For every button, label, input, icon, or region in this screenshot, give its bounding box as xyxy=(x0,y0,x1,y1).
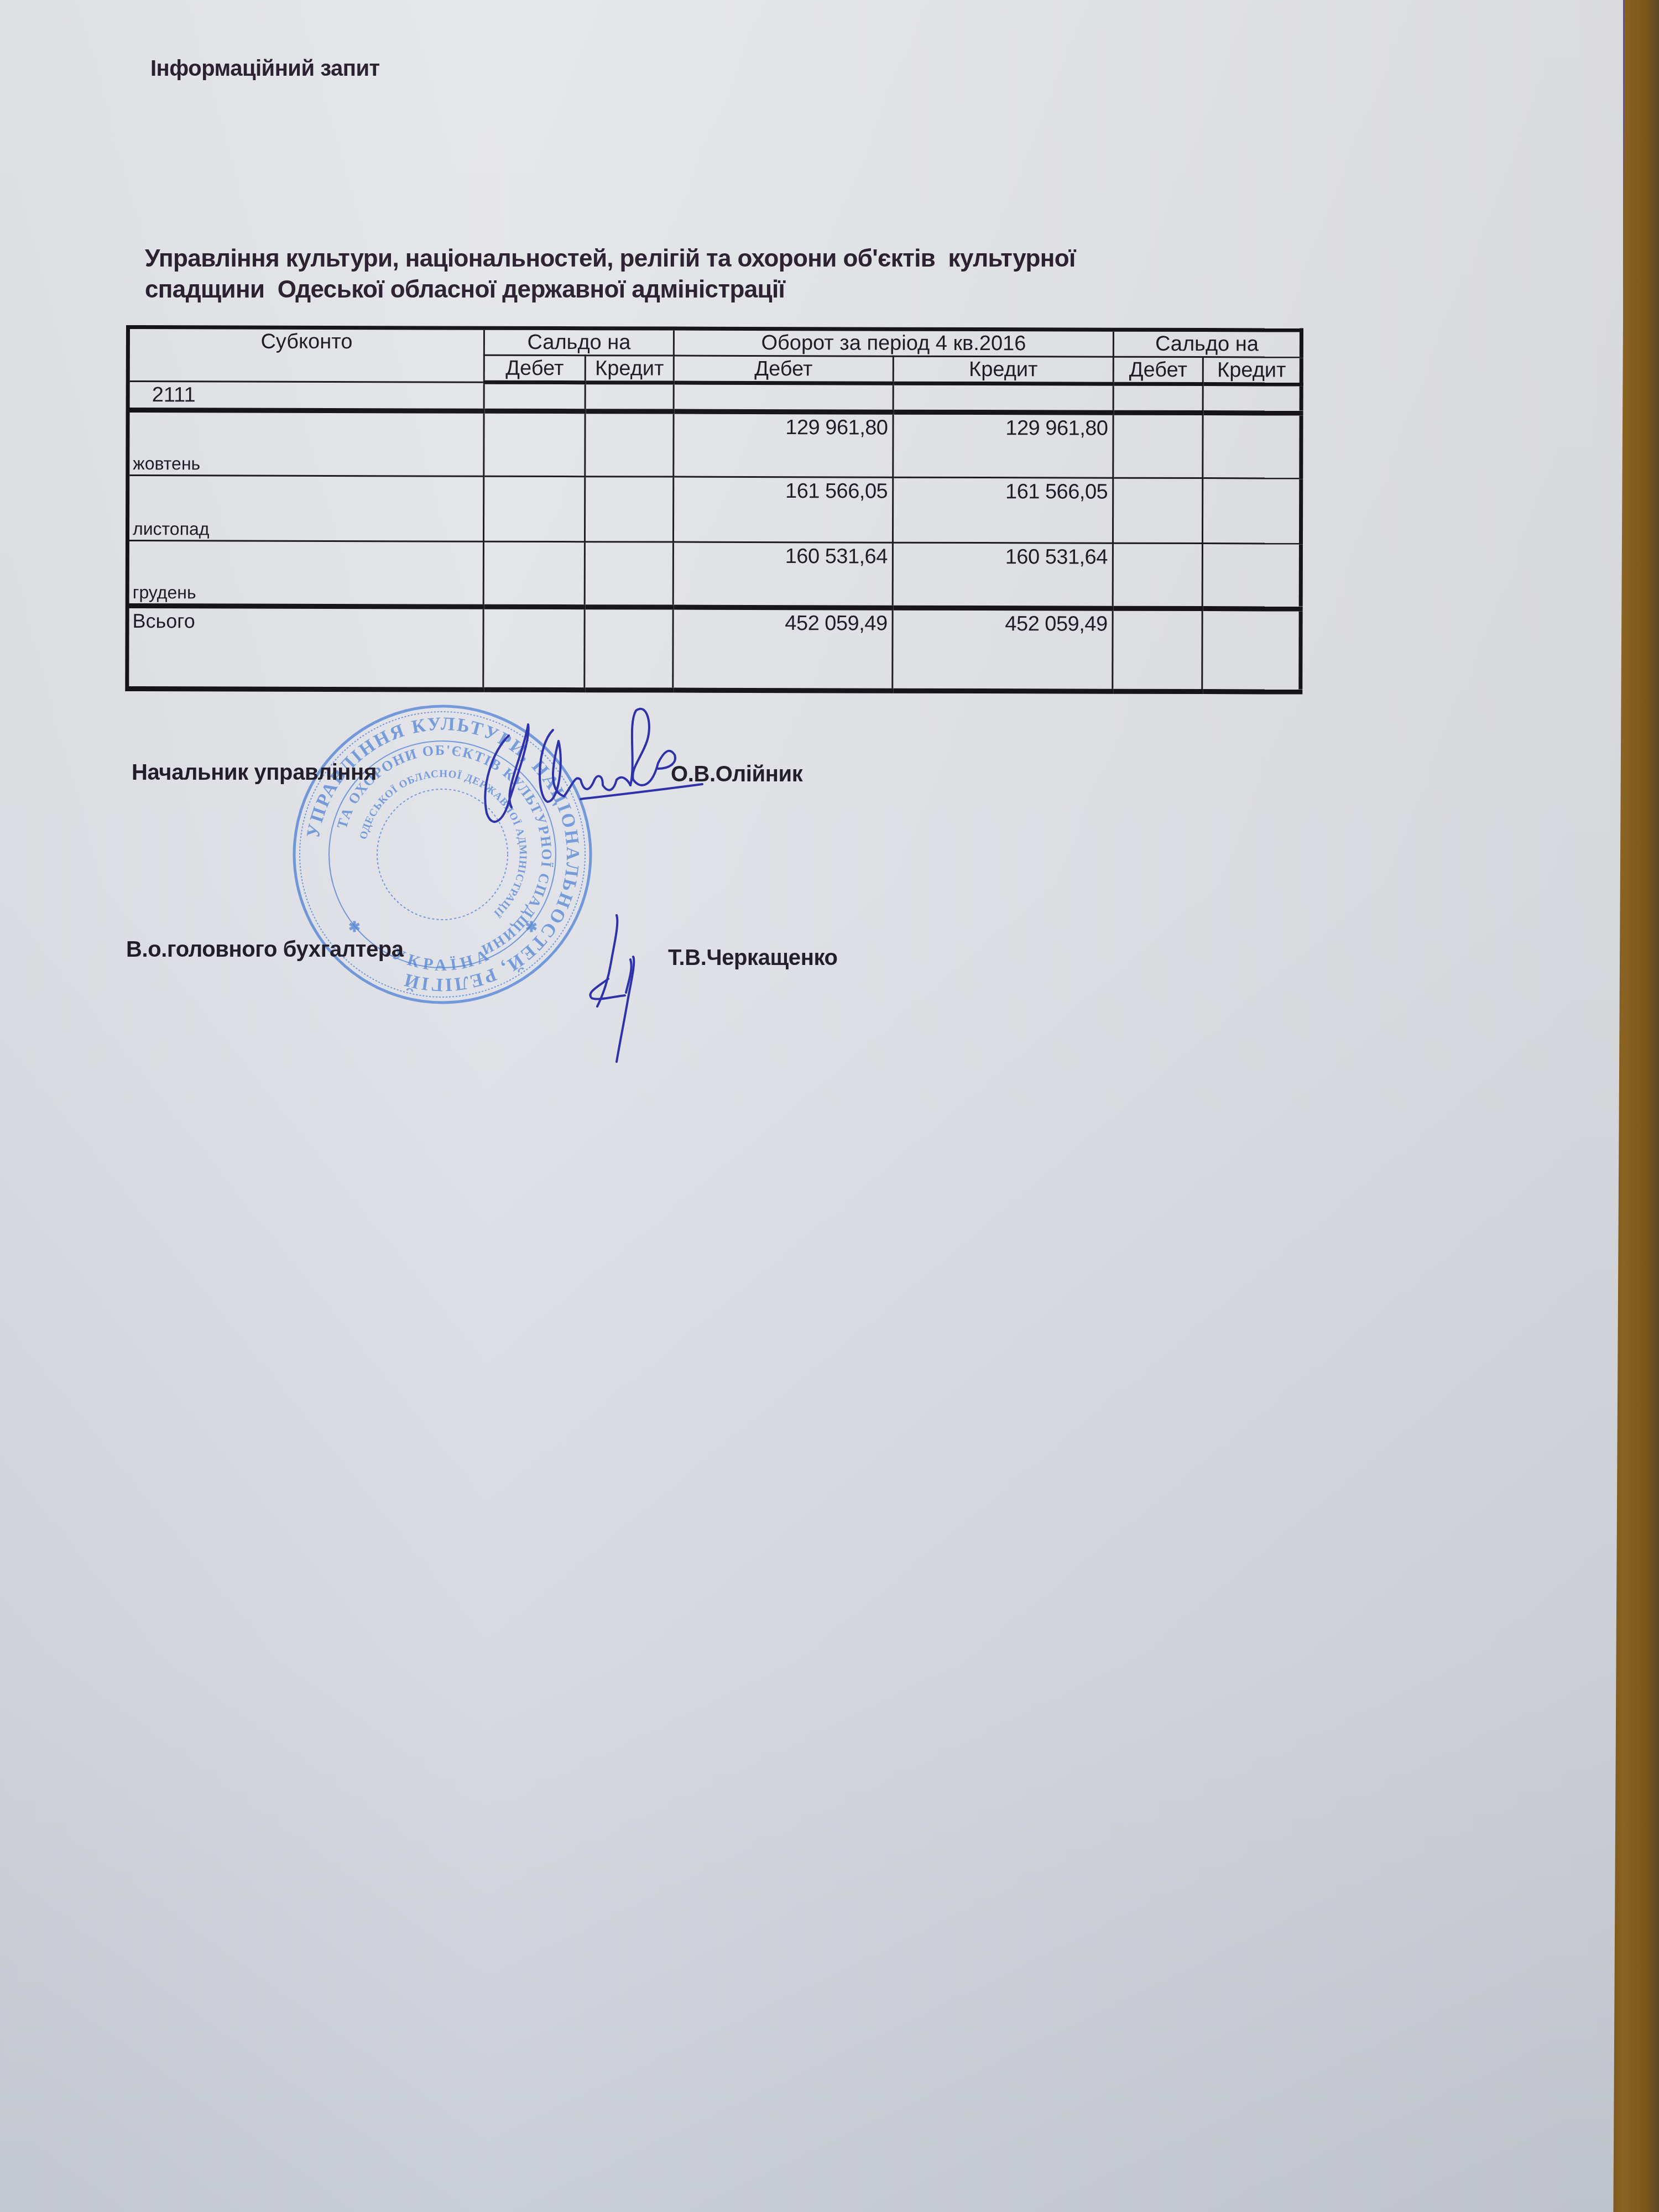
turnover-debit-cell: 129 961,80 xyxy=(674,411,893,477)
row-label: грудень xyxy=(127,541,483,607)
opening-debit-cell xyxy=(484,411,585,476)
row-label: листопад xyxy=(127,476,483,542)
turnover-debit-cell: 160 531,64 xyxy=(673,542,893,608)
total-label: Всього xyxy=(127,606,483,690)
opening-credit-cell xyxy=(585,542,673,607)
cell-empty xyxy=(484,382,585,411)
stamp-star-icon: ✱ xyxy=(525,919,538,935)
organization-title-line-2: спадщини Одеської обласної державної адм… xyxy=(145,274,1306,305)
table-row: жовтень 129 961,80 129 961,80 xyxy=(128,410,1301,479)
accountant-signature xyxy=(581,907,658,1067)
cell-empty xyxy=(893,383,1113,413)
closing-debit-cell xyxy=(1113,413,1203,478)
closing-credit-cell xyxy=(1202,478,1301,544)
turnover-debit-cell: 161 566,05 xyxy=(673,477,893,542)
header-closing-debit: Дебет xyxy=(1113,357,1203,384)
row-label: жовтень xyxy=(128,410,484,477)
cell-empty xyxy=(674,383,893,412)
accountant-title: В.о.головного бухгалтера xyxy=(126,937,404,962)
header-subaccount: Субконто xyxy=(128,327,484,383)
total-opening-credit xyxy=(585,607,673,690)
header-opening-balance: Сальдо на xyxy=(484,328,674,356)
table-row-account-code: 2111 xyxy=(128,382,1301,414)
total-opening-debit xyxy=(483,607,585,690)
header-closing-balance: Сальдо на xyxy=(1113,330,1301,357)
opening-debit-cell xyxy=(483,541,585,607)
opening-credit-cell xyxy=(585,411,674,477)
cell-empty xyxy=(1113,384,1203,413)
organization-title-line-1: Управління культури, національностей, ре… xyxy=(145,243,1306,274)
total-turnover-credit: 452 059,49 xyxy=(893,608,1113,691)
turnover-credit-cell: 161 566,05 xyxy=(893,477,1113,543)
turnover-credit-cell: 129 961,80 xyxy=(893,412,1113,478)
paper-sheet: Інформаційний запит Управління культури,… xyxy=(0,0,1625,2212)
cell-empty xyxy=(585,383,674,411)
header-opening-debit: Дебет xyxy=(484,355,585,382)
closing-debit-cell xyxy=(1113,543,1202,608)
opening-debit-cell xyxy=(483,476,585,541)
total-turnover-debit: 452 059,49 xyxy=(673,607,893,691)
table-row: грудень 160 531,64 160 531,64 xyxy=(127,541,1301,609)
accountant-name: Т.В.Черкащенко xyxy=(668,946,838,971)
organization-title: Управління культури, національностей, ре… xyxy=(145,243,1306,305)
header-turnover-credit: Кредит xyxy=(893,356,1113,384)
closing-credit-cell xyxy=(1203,413,1301,478)
turnover-table: Субконто Сальдо на Оборот за період 4 кв… xyxy=(125,325,1303,695)
total-closing-debit xyxy=(1113,608,1202,691)
stamp-star-icon: ✱ xyxy=(348,919,361,935)
head-name: О.В.Олійник xyxy=(671,762,802,787)
header-turnover-debit: Дебет xyxy=(674,356,893,383)
header-turnover: Оборот за період 4 кв.2016 xyxy=(674,328,1113,357)
table-row-total: Всього 452 059,49 452 059,49 xyxy=(127,606,1301,692)
head-title: Начальник управління xyxy=(132,760,377,785)
table-row: листопад 161 566,05 161 566,05 xyxy=(127,476,1301,544)
opening-credit-cell xyxy=(585,477,673,542)
account-code: 2111 xyxy=(128,382,484,411)
document-label: Інформаційний запит xyxy=(150,56,380,81)
cell-empty xyxy=(1203,384,1301,413)
turnover-credit-cell: 160 531,64 xyxy=(893,542,1113,608)
closing-credit-cell xyxy=(1202,544,1301,609)
header-closing-credit: Кредит xyxy=(1203,357,1301,384)
table-header-row-1: Субконто Сальдо на Оборот за період 4 кв… xyxy=(128,327,1301,358)
total-closing-credit xyxy=(1202,609,1301,692)
closing-debit-cell xyxy=(1113,478,1202,543)
header-opening-credit: Кредит xyxy=(585,356,674,383)
